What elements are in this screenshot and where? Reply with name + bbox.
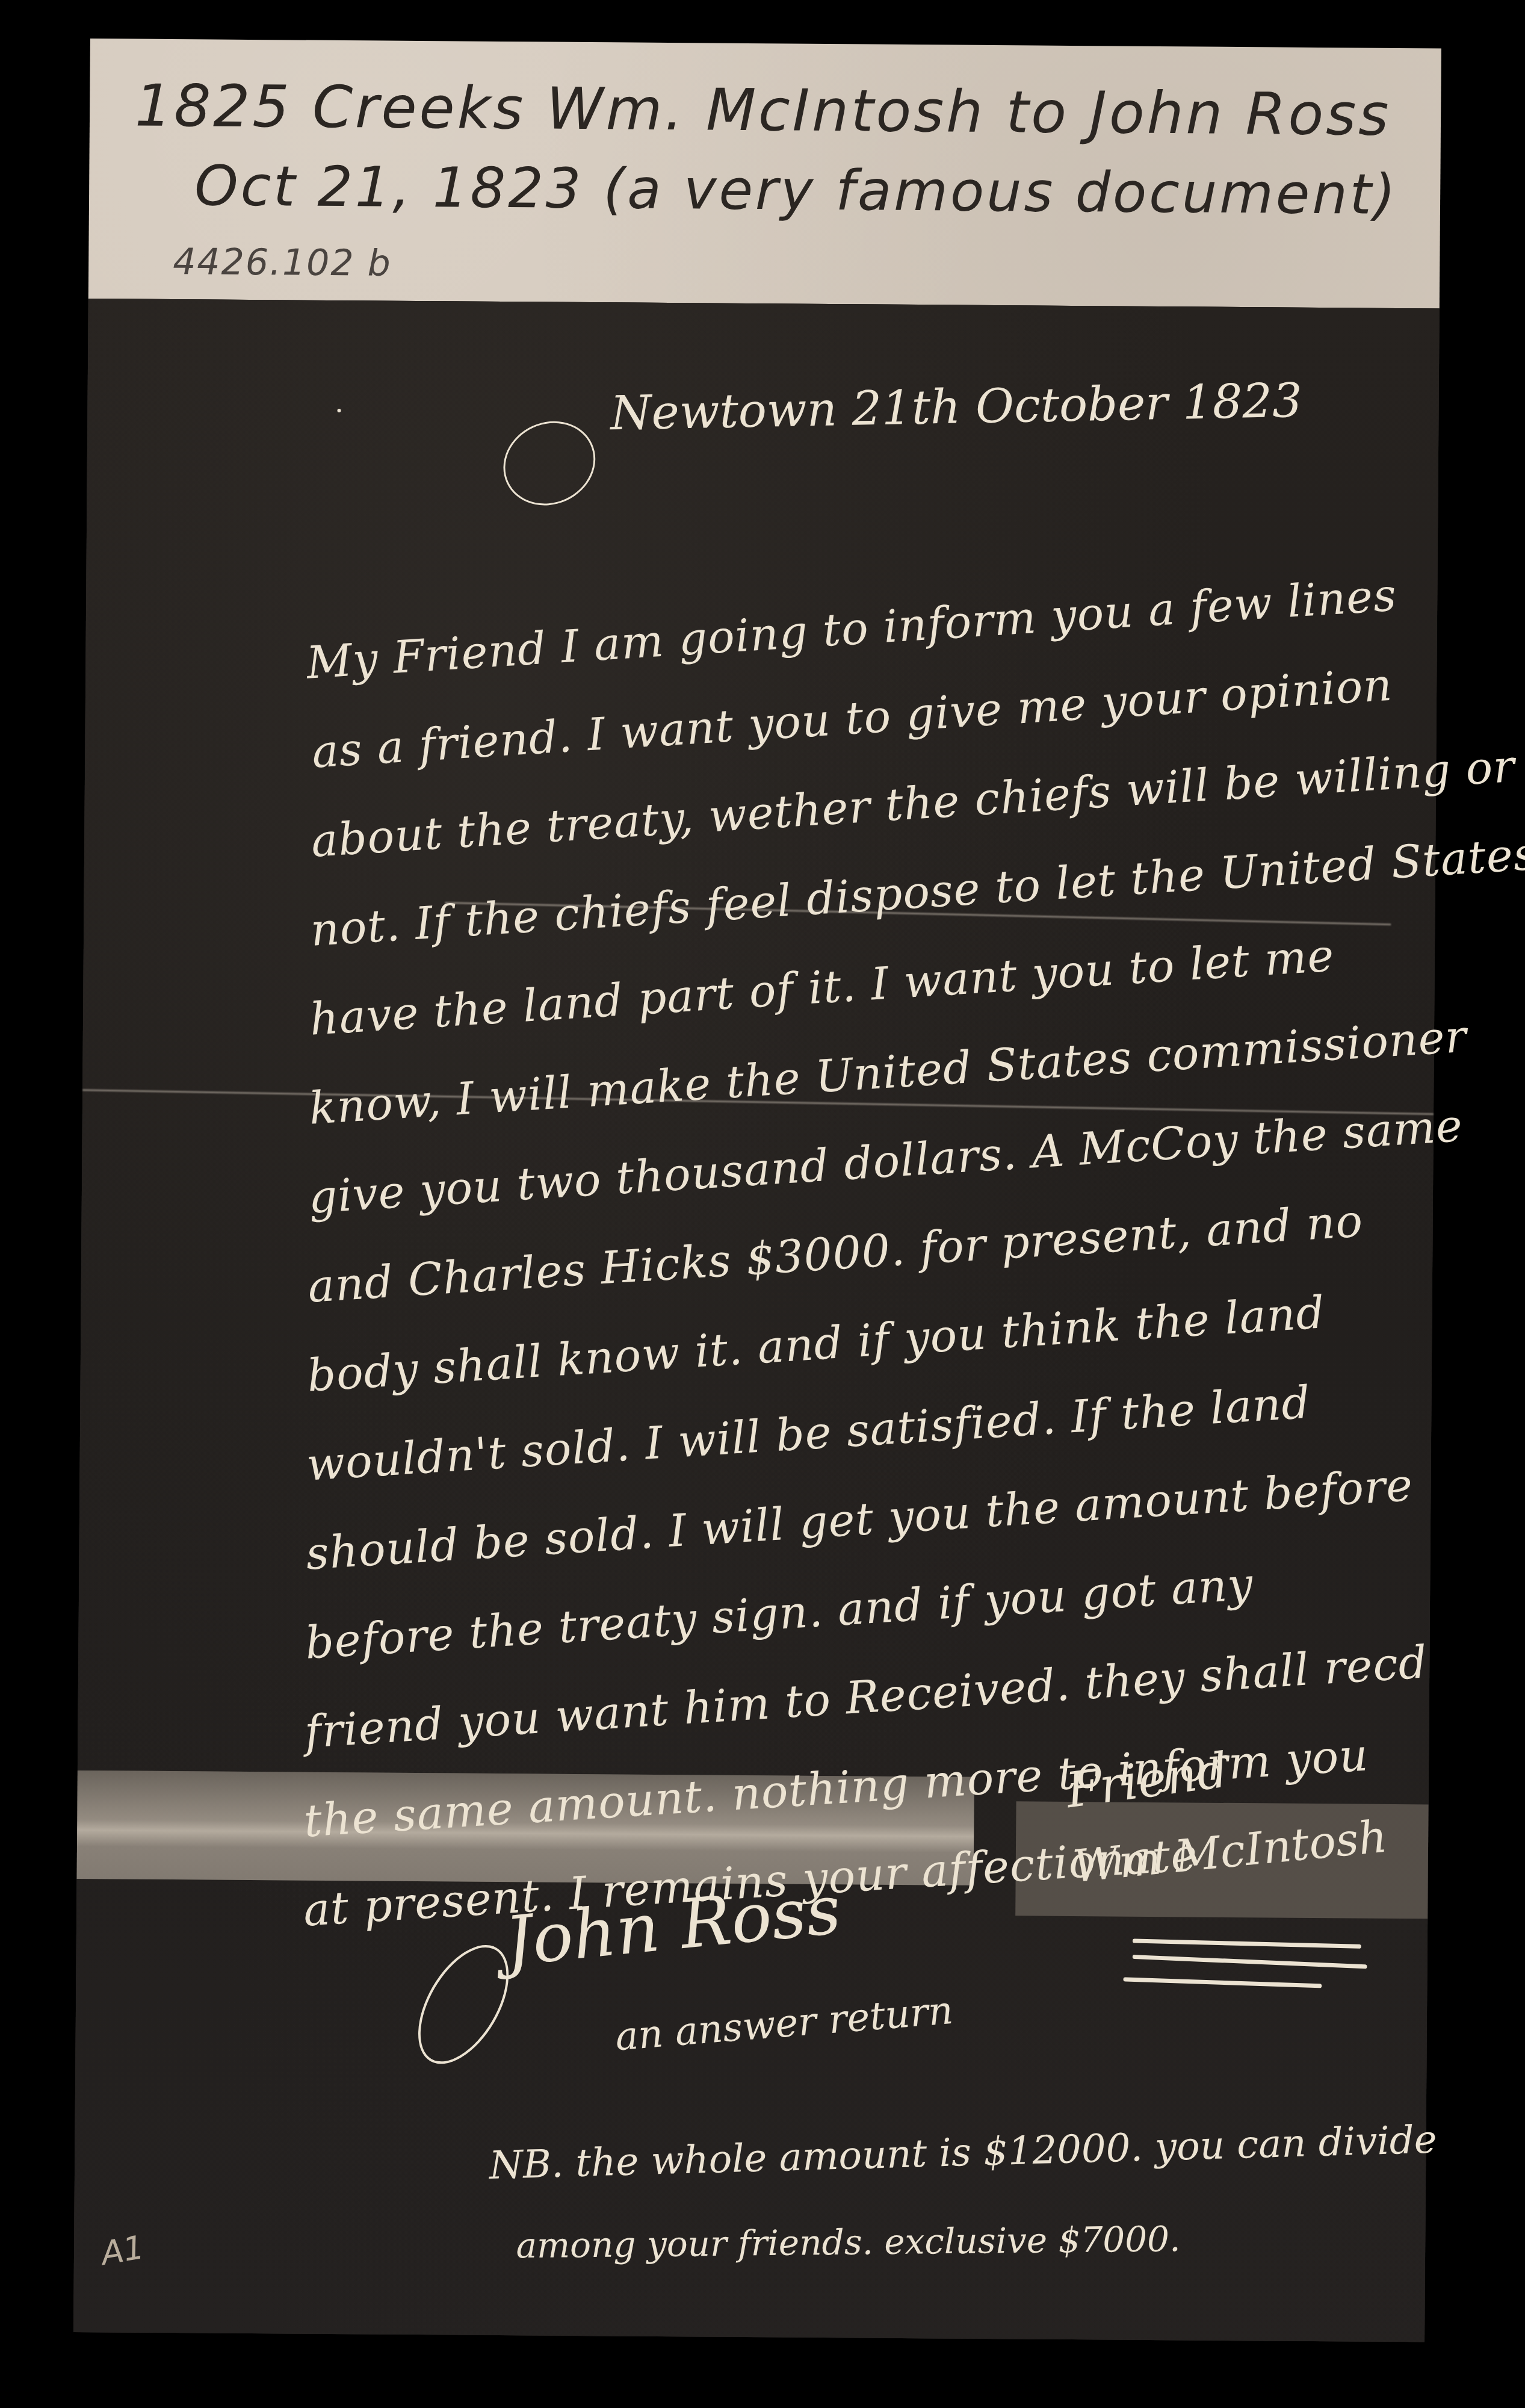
- answer-request: an answer return: [614, 1988, 955, 2060]
- document-card: 1825 Creeks Wm. McIntosh to John Ross Oc…: [73, 39, 1441, 2342]
- dateline-flourish: [490, 406, 609, 520]
- catalog-label: 1825 Creeks Wm. McIntosh to John Ross Oc…: [88, 39, 1441, 308]
- letter-photostat: Newtown 21th October 1823 My Friend I am…: [73, 299, 1440, 2342]
- label-date-note: Oct 21, 1823 (a very famous document): [194, 154, 1398, 227]
- letter-line: wouldn't sold. I will be satisfied. If t…: [305, 1377, 1312, 1491]
- letter-line: before the treaty sign. and if you got a…: [304, 1558, 1255, 1669]
- postscript-line-2: among your friends. exclusive $7000.: [516, 2218, 1181, 2266]
- catalog-number: 4426.102 b: [173, 241, 392, 285]
- label-title: 1825 Creeks Wm. McIntosh to John Ross: [135, 72, 1391, 149]
- signature-underline: [1133, 1955, 1367, 1969]
- archive-mark: A1: [98, 2228, 147, 2273]
- postscript-line-1: NB. the whole amount is $12000. you can …: [489, 2118, 1438, 2188]
- dateline: Newtown 21th October 1823: [610, 374, 1302, 441]
- ink-dot: [337, 409, 341, 412]
- signature-underline: [1133, 1938, 1361, 1948]
- signature-underline: [1123, 1977, 1322, 1988]
